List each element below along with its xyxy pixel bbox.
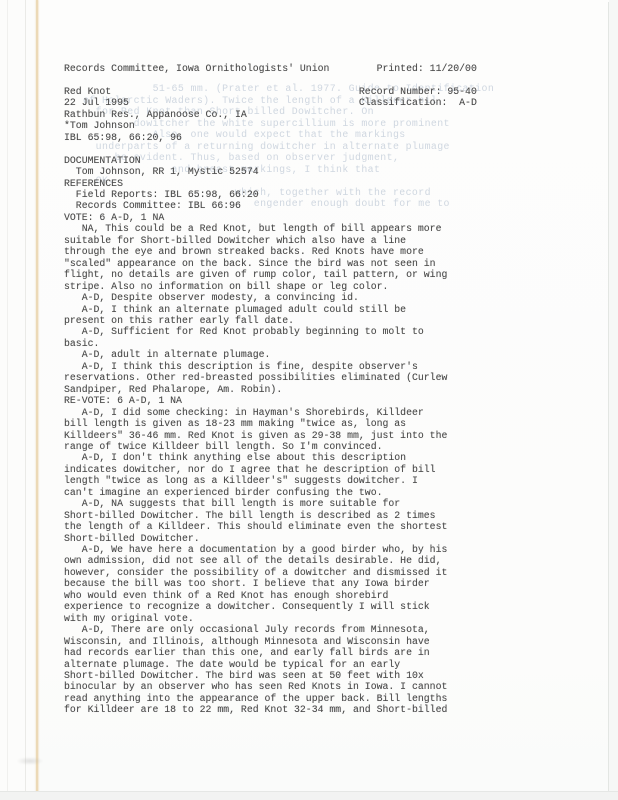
document-text: Records Committee, Iowa Ornithologists' …	[64, 63, 477, 716]
scan-background-bottom	[0, 792, 618, 800]
scan-edge-line-inner	[25, 0, 26, 800]
scanned-document-page: 51-65 mm. (Prater et al. 1977. Guide to …	[0, 0, 618, 800]
scan-edge-line-outer	[7, 0, 8, 800]
scan-background-right	[609, 0, 618, 800]
scan-smudge	[16, 757, 44, 765]
binding-edge-line	[36, 0, 38, 800]
